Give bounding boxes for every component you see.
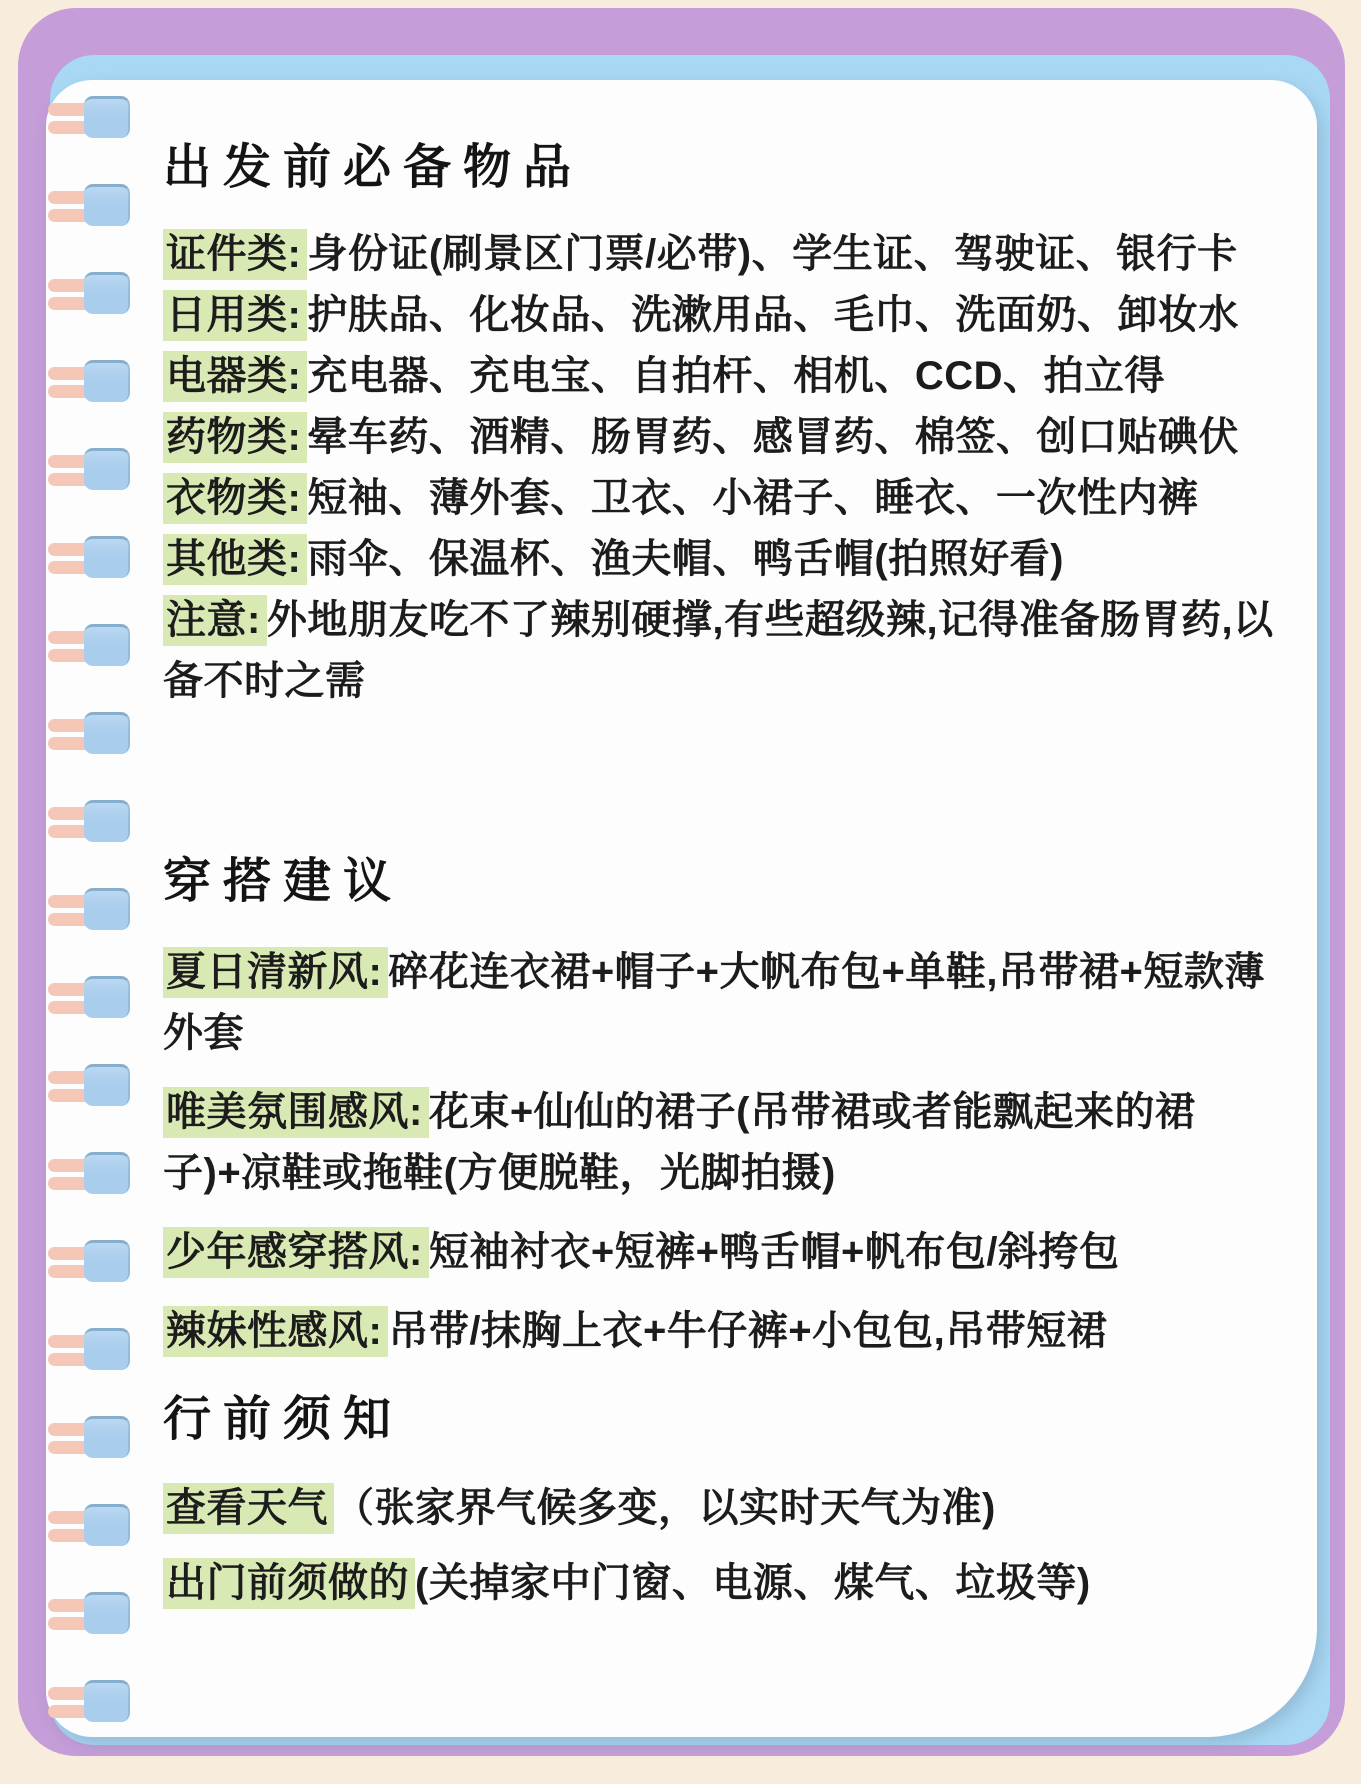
binding-square bbox=[84, 360, 130, 402]
item-label-highlight: 查看天气 bbox=[163, 1483, 334, 1534]
item-label-highlight: 其他类: bbox=[163, 534, 307, 585]
item-list: 夏日清新风:碎花连衣裙+帽子+大帆布包+单鞋,吊带裙+短款薄外套 唯美氛围感风:… bbox=[163, 942, 1283, 1362]
item-list: 证件类:身份证(刷景区门票/必带)、学生证、驾驶证、银行卡 日用类:护肤品、化妆… bbox=[163, 224, 1283, 712]
list-item: 辣妹性感风:吊带/抹胸上衣+牛仔裤+小包包,吊带短裙 bbox=[163, 1301, 1283, 1362]
list-item: 唯美氛围感风:花束+仙仙的裙子(吊带裙或者能飘起来的裙子)+凉鞋或拖鞋(方便脱鞋… bbox=[163, 1082, 1283, 1204]
item-text: (关掉家中门窗、电源、煤气、垃圾等) bbox=[415, 1561, 1091, 1605]
section-heading: 行前须知 bbox=[163, 1390, 1283, 1450]
travel-checklist-note: { "colors":{ "bg_outer":"#f8ecdd", "fram… bbox=[0, 0, 1361, 1784]
binding-square bbox=[84, 1592, 130, 1634]
binding-clip bbox=[48, 1328, 130, 1370]
item-label-highlight: 日用类: bbox=[163, 290, 307, 341]
item-text: 吊带/抹胸上衣+牛仔裤+小包包,吊带短裙 bbox=[388, 1309, 1107, 1353]
item-label-highlight: 少年感穿搭风: bbox=[163, 1227, 429, 1278]
binding-clip bbox=[48, 712, 130, 754]
item-text: 短袖、薄外套、卫衣、小裙子、睡衣、一次性内裤 bbox=[307, 476, 1198, 520]
item-label-highlight: 辣妹性感风: bbox=[163, 1306, 388, 1357]
binding-clip bbox=[48, 184, 130, 226]
binding-clip bbox=[48, 1240, 130, 1282]
item-text: 短袖衬衣+短裤+鸭舌帽+帆布包/斜挎包 bbox=[429, 1230, 1120, 1274]
binding-square bbox=[84, 536, 130, 578]
binding-clip bbox=[48, 888, 130, 930]
binding-square bbox=[84, 1680, 130, 1722]
binding-square bbox=[84, 184, 130, 226]
binding-clip bbox=[48, 1064, 130, 1106]
item-label-highlight: 夏日清新风: bbox=[163, 947, 388, 998]
binding-clip bbox=[48, 1504, 130, 1546]
binding-square bbox=[84, 1328, 130, 1370]
binding-square bbox=[84, 800, 130, 842]
binding-square bbox=[84, 448, 130, 490]
item-text: 身份证(刷景区门票/必带)、学生证、驾驶证、银行卡 bbox=[307, 232, 1237, 276]
binding-square bbox=[84, 1416, 130, 1458]
binding-square bbox=[84, 888, 130, 930]
item-text: 雨伞、保温杯、渔夫帽、鸭舌帽(拍照好看) bbox=[307, 537, 1064, 581]
binding-square bbox=[84, 624, 130, 666]
section-essentials: 出发前必备物品 证件类:身份证(刷景区门票/必带)、学生证、驾驶证、银行卡 日用… bbox=[163, 138, 1283, 712]
page-content: 出发前必备物品 证件类:身份证(刷景区门票/必带)、学生证、驾驶证、银行卡 日用… bbox=[163, 80, 1283, 1628]
binding-clip bbox=[48, 448, 130, 490]
binding-clip bbox=[48, 272, 130, 314]
binding-square bbox=[84, 1240, 130, 1282]
binding-clip bbox=[48, 976, 130, 1018]
binding-clip bbox=[48, 1592, 130, 1634]
item-text: 晕车药、酒精、肠胃药、感冒药、棉签、创口贴碘伏 bbox=[307, 415, 1239, 459]
item-label-highlight: 注意: bbox=[163, 595, 267, 646]
item-label-highlight: 药物类: bbox=[163, 412, 307, 463]
section-outfits: 穿搭建议 夏日清新风:碎花连衣裙+帽子+大帆布包+单鞋,吊带裙+短款薄外套 唯美… bbox=[163, 852, 1283, 1362]
binding-clip bbox=[48, 96, 130, 138]
item-text: 外地朋友吃不了辣别硬撑,有些超级辣,记得准备肠胃药,以备不时之需 bbox=[163, 598, 1274, 703]
binding-square bbox=[84, 1064, 130, 1106]
binding-square bbox=[84, 96, 130, 138]
list-item: 出门前须做的(关掉家中门窗、电源、煤气、垃圾等) bbox=[163, 1553, 1283, 1614]
list-item: 药物类:晕车药、酒精、肠胃药、感冒药、棉签、创口贴碘伏 bbox=[163, 407, 1283, 468]
item-text: 护肤品、化妆品、洗漱用品、毛巾、洗面奶、卸妆水 bbox=[307, 293, 1239, 337]
list-item: 其他类:雨伞、保温杯、渔夫帽、鸭舌帽(拍照好看) bbox=[163, 529, 1283, 590]
binding-square bbox=[84, 976, 130, 1018]
item-label-highlight: 证件类: bbox=[163, 229, 307, 280]
list-item: 证件类:身份证(刷景区门票/必带)、学生证、驾驶证、银行卡 bbox=[163, 224, 1283, 285]
item-label-highlight: 唯美氛围感风: bbox=[163, 1087, 429, 1138]
item-label-highlight: 衣物类: bbox=[163, 473, 307, 524]
list-item: 少年感穿搭风:短袖衬衣+短裤+鸭舌帽+帆布包/斜挎包 bbox=[163, 1222, 1283, 1283]
binding-square bbox=[84, 1504, 130, 1546]
item-list: 查看天气（张家界气候多变，以实时天气为准) 出门前须做的(关掉家中门窗、电源、煤… bbox=[163, 1478, 1283, 1614]
binding-square bbox=[84, 1152, 130, 1194]
item-text: 充电器、充电宝、自拍杆、相机、CCD、拍立得 bbox=[307, 354, 1165, 398]
section-heading: 穿搭建议 bbox=[163, 852, 1283, 912]
list-item: 电器类:充电器、充电宝、自拍杆、相机、CCD、拍立得 bbox=[163, 346, 1283, 407]
list-item: 衣物类:短袖、薄外套、卫衣、小裙子、睡衣、一次性内裤 bbox=[163, 468, 1283, 529]
section-pretrip-notes: 行前须知 查看天气（张家界气候多变，以实时天气为准) 出门前须做的(关掉家中门窗… bbox=[163, 1390, 1283, 1614]
binding-clip bbox=[48, 360, 130, 402]
binding-square bbox=[84, 712, 130, 754]
item-label-highlight: 电器类: bbox=[163, 351, 307, 402]
binding-clip bbox=[48, 800, 130, 842]
item-label-highlight: 出门前须做的 bbox=[163, 1558, 415, 1609]
list-item: 查看天气（张家界气候多变，以实时天气为准) bbox=[163, 1478, 1283, 1539]
binding-clip bbox=[48, 624, 130, 666]
binding-clip bbox=[48, 1416, 130, 1458]
list-item: 夏日清新风:碎花连衣裙+帽子+大帆布包+单鞋,吊带裙+短款薄外套 bbox=[163, 942, 1283, 1064]
list-item: 日用类:护肤品、化妆品、洗漱用品、毛巾、洗面奶、卸妆水 bbox=[163, 285, 1283, 346]
binding-square bbox=[84, 272, 130, 314]
binding-clip bbox=[48, 1680, 130, 1722]
section-heading: 出发前必备物品 bbox=[163, 138, 1283, 198]
list-item: 注意:外地朋友吃不了辣别硬撑,有些超级辣,记得准备肠胃药,以备不时之需 bbox=[163, 590, 1283, 712]
binding-clip bbox=[48, 1152, 130, 1194]
binding-clip bbox=[48, 536, 130, 578]
item-text: （张家界气候多变，以实时天气为准) bbox=[334, 1486, 996, 1530]
